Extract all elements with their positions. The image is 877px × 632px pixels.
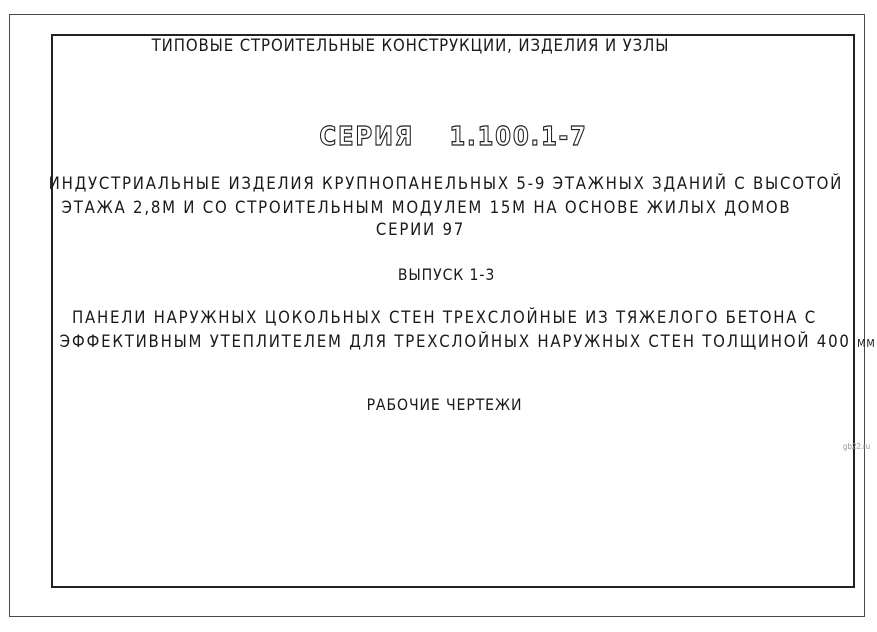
series-heading: Серия1.100.1-7 [68, 122, 840, 152]
issue-number: Выпуск 1-3 [61, 265, 833, 284]
panels-line-2-text: эффективным утеплителем для трехслойных … [60, 332, 851, 352]
series-label: Серия [319, 122, 414, 152]
header-title: Типовые строительные конструкции, издели… [25, 36, 797, 56]
series-number: 1.100.1-7 [449, 122, 587, 152]
working-drawings-label: Рабочие чертежи [59, 395, 831, 414]
description-line-3: серии 97 [35, 220, 807, 240]
thickness-units: мм [857, 337, 875, 350]
description-line-1: Индустриальные изделия крупнопанельных 5… [49, 174, 821, 194]
watermark: gb22.ru [843, 442, 870, 451]
panels-line-1: Панели наружных цокольных стен трехслойн… [59, 308, 831, 328]
panels-line-2: эффективным утеплителем для трехслойных … [60, 332, 832, 352]
description-line-2: этажа 2,8м и со строительным модулем 15М… [41, 198, 813, 218]
